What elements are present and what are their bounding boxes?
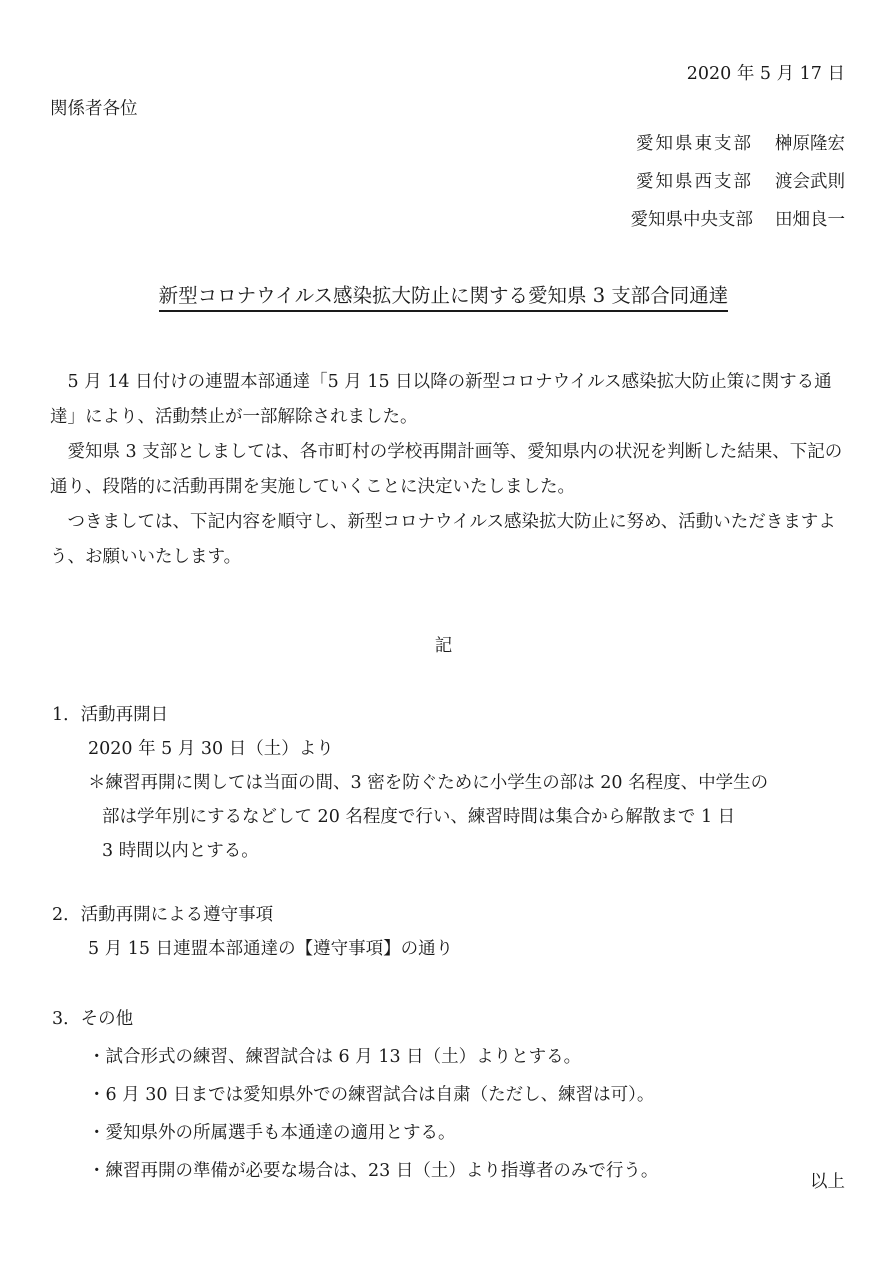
addressee: 関係者各位 (50, 95, 138, 120)
sender-row: 愛知県東支部 榊原隆宏 (631, 125, 846, 163)
section-heading: 3．その他 (52, 1000, 852, 1038)
sender-name: 田畑良一 (775, 201, 845, 239)
body-paragraph: 5 月 14 日付けの連盟本部通達「5 月 15 日以降の新型コロナウイルス感染… (50, 365, 850, 435)
bullet-item: ・試合形式の練習、練習試合は 6 月 13 日（土）よりとする。 (88, 1038, 852, 1076)
section-other: 3．その他 ・試合形式の練習、練習試合は 6 月 13 日（土）よりとする。 ・… (52, 1000, 852, 1190)
section-note: ＊練習再開に関しては当面の間、3 密を防ぐために小学生の部は 20 名程度、中学… (88, 766, 852, 868)
section-heading: 1．活動再開日 (52, 698, 852, 732)
document-title: 新型コロナウイルス感染拡大防止に関する愛知県 3 支部合同通達 (0, 280, 887, 308)
sender-org: 愛知県中央支部 (631, 201, 754, 239)
sender-org: 愛知県西支部 (636, 163, 753, 201)
note-line: 部は学年別にするなどして 20 名程度で行い、練習時間は集合から解散まで 1 日 (88, 800, 852, 834)
sender-row: 愛知県西支部 渡会武則 (631, 163, 846, 201)
closing-mark: 以上 (810, 1168, 845, 1193)
sender-block: 愛知県東支部 榊原隆宏 愛知県西支部 渡会武則 愛知県中央支部 田畑良一 (631, 125, 846, 239)
bullet-item: ・練習再開の準備が必要な場合は、23 日（土）より指導者のみで行う。 (88, 1152, 852, 1190)
document-date: 2020 年 5 月 17 日 (687, 60, 845, 85)
ki-heading: 記 (0, 632, 887, 657)
section-heading: 2．活動再開による遵守事項 (52, 898, 852, 932)
note-line: 3 時間以内とする。 (88, 834, 852, 868)
section-detail: 2020 年 5 月 30 日（土）より (88, 732, 852, 766)
section-detail: 5 月 15 日連盟本部通達の【遵守事項】の通り (88, 932, 852, 966)
note-line: ＊練習再開に関しては当面の間、3 密を防ぐために小学生の部は 20 名程度、中学… (88, 766, 852, 800)
sender-name: 渡会武則 (775, 163, 845, 201)
bullet-item: ・愛知県外の所属選手も本通達の適用とする。 (88, 1114, 852, 1152)
body-paragraph: つきましては、下記内容を順守し、新型コロナウイルス感染拡大防止に努め、活動いただ… (50, 505, 850, 575)
sender-row: 愛知県中央支部 田畑良一 (631, 201, 846, 239)
body-paragraph: 愛知県 3 支部としましては、各市町村の学校再開計画等、愛知県内の状況を判断した… (50, 435, 850, 505)
bullet-item: ・6 月 30 日までは愛知県外での練習試合は自粛（ただし、練習は可）。 (88, 1076, 852, 1114)
sender-name: 榊原隆宏 (775, 125, 845, 163)
body-paragraphs: 5 月 14 日付けの連盟本部通達「5 月 15 日以降の新型コロナウイルス感染… (50, 365, 850, 575)
document-title-text: 新型コロナウイルス感染拡大防止に関する愛知県 3 支部合同通達 (159, 284, 729, 312)
sender-org: 愛知県東支部 (636, 125, 753, 163)
section-resume-date: 1．活動再開日 2020 年 5 月 30 日（土）より ＊練習再開に関しては当… (52, 698, 852, 868)
bullet-list: ・試合形式の練習、練習試合は 6 月 13 日（土）よりとする。 ・6 月 30… (88, 1038, 852, 1190)
section-compliance: 2．活動再開による遵守事項 5 月 15 日連盟本部通達の【遵守事項】の通り (52, 898, 852, 966)
